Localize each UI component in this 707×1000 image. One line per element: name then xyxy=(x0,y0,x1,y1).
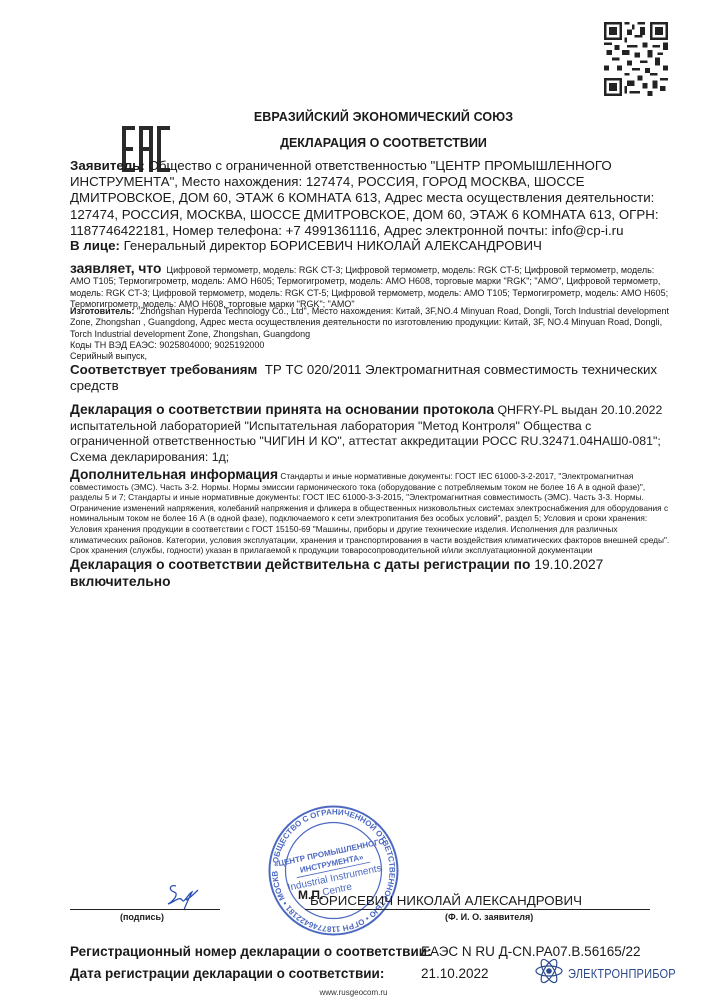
validity-section: Декларация о соответствии действительна … xyxy=(70,557,670,590)
applicant-section: Заявитель: Общество с ограниченной ответ… xyxy=(70,158,670,239)
validity-suffix: включительно xyxy=(70,574,670,591)
additional-info-section: Дополнительная информация Стандарты и ин… xyxy=(70,470,670,556)
protocol-section: Декларация о соответствии принята на осн… xyxy=(70,402,670,465)
requirements-label: Соответствует требованиям xyxy=(70,362,257,377)
protocol-label: Декларация о соответствии принята на осн… xyxy=(70,402,494,417)
requirements-section: Соответствует требованиям ТР ТС 020/2011… xyxy=(70,362,670,394)
manufacturer-label: Изготовитель: xyxy=(70,306,134,316)
company-stamp: ОБЩЕСТВО С ОГРАНИЧЕННОЙ ОТВЕТСТВЕННОСТЬЮ… xyxy=(266,803,401,938)
applicant-label: Заявитель: xyxy=(70,158,145,173)
union-heading: ЕВРАЗИЙСКИЙ ЭКОНОМИЧЕСКИЙ СОЮЗ xyxy=(0,110,707,124)
signature-line xyxy=(70,909,220,910)
document-title: ДЕКЛАРАЦИЯ О СООТВЕТСТВИИ xyxy=(0,136,707,150)
applicant-name: БОРИСЕВИЧ НИКОЛАЙ АЛЕКСАНДРОВИЧ xyxy=(310,893,582,908)
name-caption: (Ф. И. О. заявителя) xyxy=(445,912,533,922)
atom-icon xyxy=(534,958,564,989)
person-section: В лице: Генеральный директор БОРИСЕВИЧ Н… xyxy=(70,238,670,254)
additional-info-label: Дополнительная информация xyxy=(70,467,278,482)
qr-code-icon xyxy=(604,22,668,96)
person-text: Генеральный директор БОРИСЕВИЧ НИКОЛАЙ А… xyxy=(124,238,542,253)
validity-label: Декларация о соответствии действительна … xyxy=(70,557,530,572)
brand-name: ЭЛЕКТРОНПРИБОР xyxy=(568,966,676,981)
additional-info-text: Стандарты и иные нормативные документы: … xyxy=(70,471,669,555)
validity-date: 19.10.2027 xyxy=(534,557,603,572)
declares-section: заявляет, что Цифровой термометр, модель… xyxy=(70,263,670,310)
manufacturer-text: "Zhongshan Hyperda Technology Co., Ltd",… xyxy=(70,306,669,339)
manufacturer-section: Изготовитель: "Zhongshan Hyperda Technol… xyxy=(70,306,670,362)
tnved-codes: Коды ТН ВЭД ЕАЭС: 9025804000; 9025192000 xyxy=(70,340,670,351)
registration-date: 21.10.2022 xyxy=(421,966,489,981)
website-link[interactable]: www.rusgeocom.ru xyxy=(0,988,707,997)
registration-number: ЕАЭС N RU Д-CN.РА07.В.56165/22 xyxy=(421,944,641,959)
signature-caption: (подпись) xyxy=(120,912,164,922)
declares-label: заявляет, что xyxy=(70,261,161,276)
elektronpribor-logo: ЭЛЕКТРОНПРИБОР xyxy=(534,958,695,989)
name-line xyxy=(305,909,650,910)
registration-date-label: Дата регистрации декларации о соответств… xyxy=(70,966,384,981)
applicant-text: Общество с ограниченной ответственностью… xyxy=(70,158,659,238)
registration-number-label: Регистрационный номер декларации о соотв… xyxy=(70,944,432,959)
person-label: В лице: xyxy=(70,238,120,253)
release-type: Серийный выпуск, xyxy=(70,351,670,362)
